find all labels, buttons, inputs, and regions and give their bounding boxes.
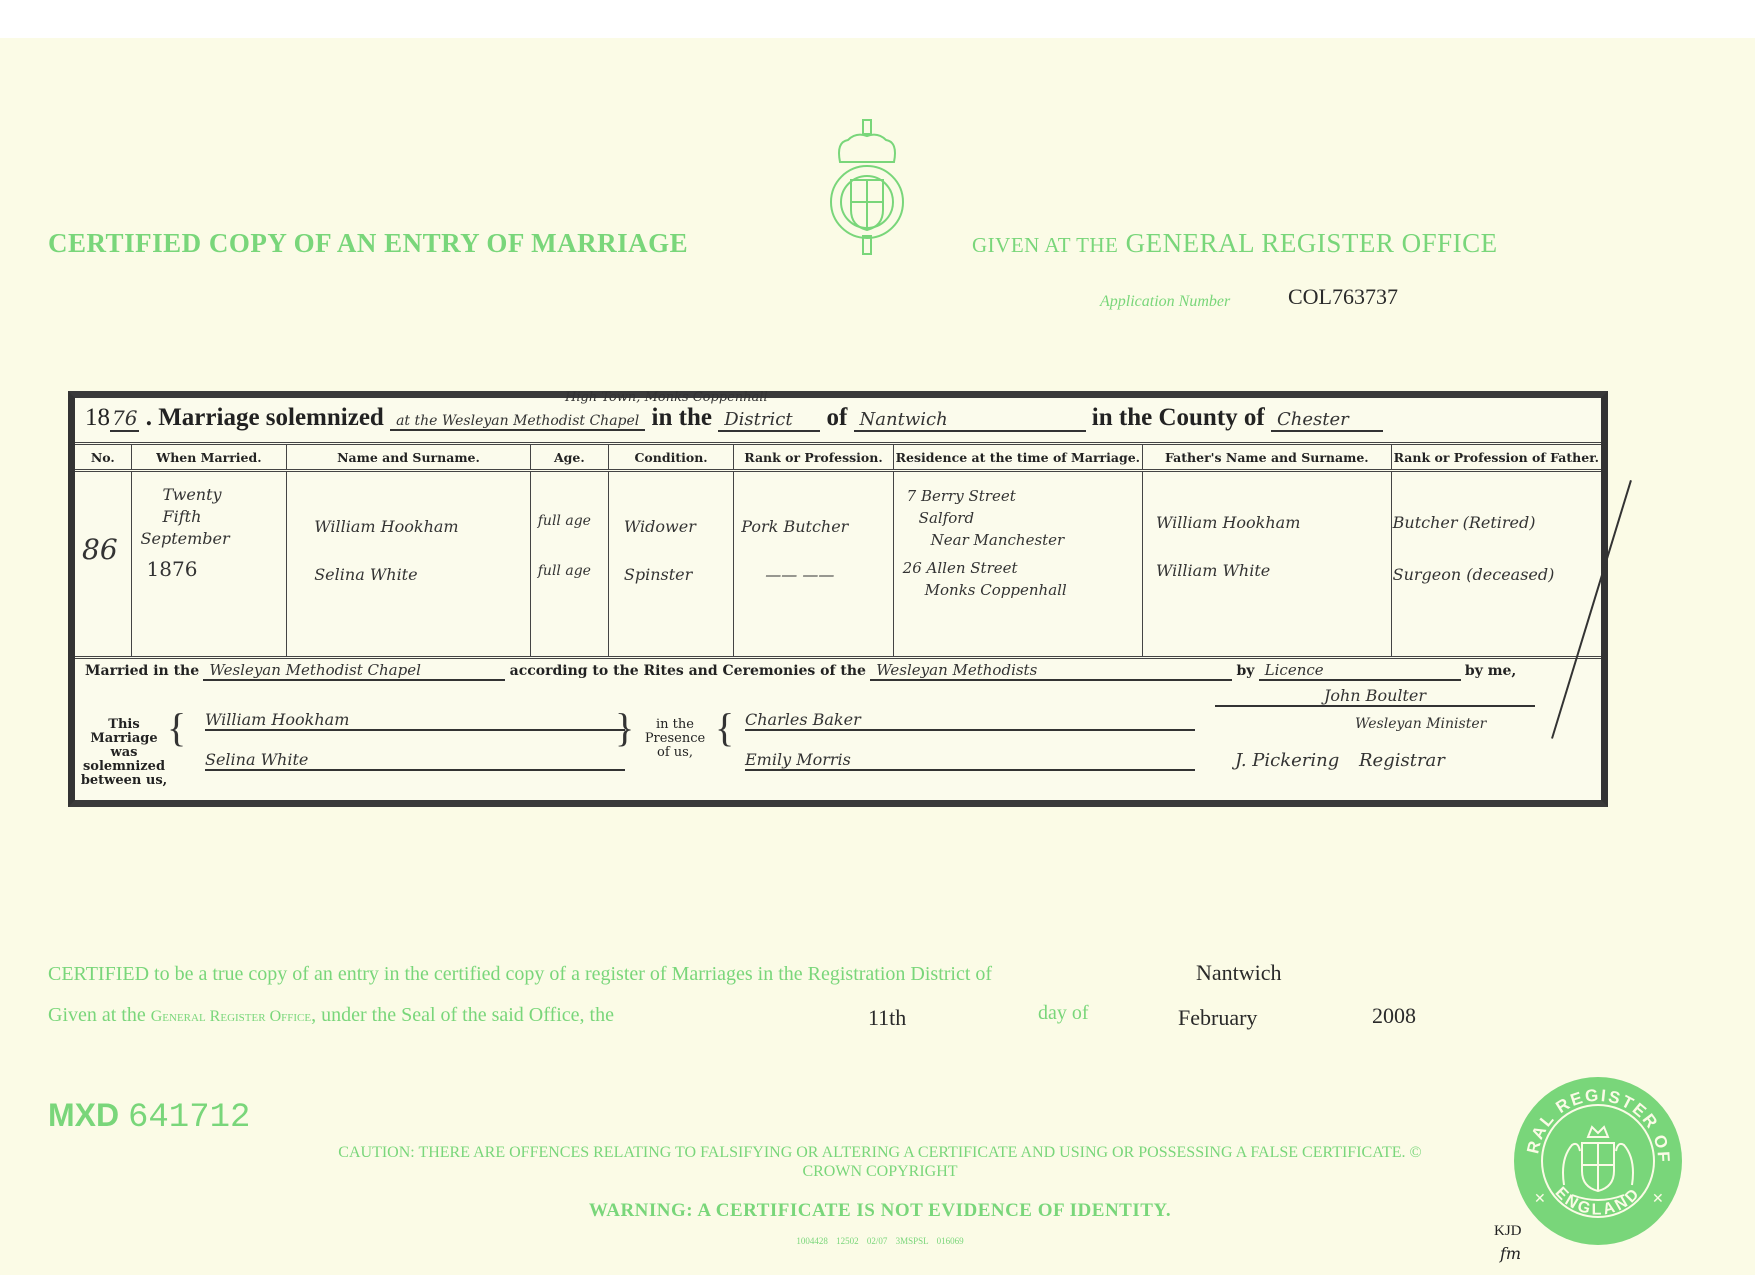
- clerk-signature: fm: [1500, 1244, 1521, 1263]
- svg-text:✕: ✕: [1534, 1190, 1546, 1206]
- residence-cell: 7 Berry Street Salford Near Manchester 2…: [893, 471, 1142, 658]
- office-name: GENERAL REGISTER OFFICE: [1126, 228, 1498, 258]
- svg-text:✕: ✕: [1652, 1190, 1664, 1206]
- right-brace: }: [615, 704, 634, 751]
- serial-code: MXD: [48, 1097, 119, 1133]
- bride-residence-street: 26 Allen Street: [903, 559, 1018, 577]
- date-year: 1876: [147, 557, 198, 581]
- married-in-line: Married in the Wesleyan Methodist Chapel…: [85, 660, 1516, 681]
- registrar-signature: J. Pickering: [1235, 750, 1339, 771]
- print-code: 1004428 12502 02/07 3MSPSL 016069: [330, 1236, 1430, 1246]
- column-header: When Married.: [131, 444, 287, 471]
- officiant-title: Wesleyan Minister: [1355, 716, 1486, 732]
- officiant-signature: John Boulter: [1215, 686, 1535, 707]
- rites-label: according to the Rites and Ceremonies of…: [510, 663, 866, 679]
- witness-1-signature: Charles Baker: [745, 710, 1195, 731]
- entry-number-cell: 86: [75, 471, 131, 658]
- witness-brace: {: [715, 704, 734, 751]
- witness-2-signature: Emily Morris: [745, 750, 1195, 771]
- certification-day: 11th: [868, 1005, 906, 1031]
- groom-father-profession: Butcher (Retired): [1393, 513, 1536, 532]
- by-value: Licence: [1259, 661, 1461, 681]
- label-line: This Marriage: [79, 718, 169, 746]
- marriage-solemnized-label: Marriage solemnized: [158, 404, 384, 431]
- place-annotation: High Town, Monks Coppenhall: [565, 390, 768, 405]
- bride-residence-town: Monks Coppenhall: [925, 581, 1067, 599]
- certification-line-2: Given at the General Register Office, un…: [48, 1004, 614, 1027]
- application-number-label: Application Number: [1100, 293, 1230, 311]
- bride-signature: Selina White: [205, 750, 625, 771]
- year-prefix: 18: [85, 404, 110, 431]
- groom-age: full age: [538, 513, 598, 529]
- column-header: Father's Name and Surname.: [1143, 444, 1392, 471]
- office-text: General Register Office: [151, 1008, 311, 1025]
- married-in-label: Married in the: [85, 663, 199, 679]
- condition-cell: Widower Spinster: [608, 471, 733, 658]
- register-table: No. When Married. Name and Surname. Age.…: [75, 442, 1601, 659]
- register-entry: High Town, Monks Coppenhall 1876 . Marri…: [68, 391, 1608, 807]
- groom-father-name: William Hookham: [1156, 513, 1300, 532]
- column-header: No.: [75, 444, 131, 471]
- bride-condition: Spinster: [624, 565, 692, 584]
- date-ordinal-word: Fifth: [163, 507, 202, 526]
- issuing-office-heading: Given at the GENERAL REGISTER OFFICE: [972, 228, 1498, 259]
- day-of-label: day of: [1038, 1002, 1089, 1025]
- presence-label: in the Presence of us,: [635, 718, 715, 760]
- label-line: Presence: [635, 732, 715, 746]
- certificate-title: CERTIFIED COPY OF AN ENTRY OF MARRIAGE: [48, 228, 688, 259]
- caution-notice: CAUTION: THERE ARE OFFENCES RELATING TO …: [330, 1143, 1430, 1181]
- seal-text: , under the Seal of the said Office, the: [311, 1004, 614, 1026]
- when-married-cell: Twenty Fifth September 1876: [131, 471, 287, 658]
- district-type: District: [718, 409, 820, 432]
- bride-father-profession: Surgeon (deceased): [1393, 565, 1555, 584]
- table-row: 86 Twenty Fifth September 1876 William H…: [75, 471, 1601, 658]
- given-at-text: Given at the: [48, 1004, 146, 1026]
- column-header: Name and Surname.: [287, 444, 531, 471]
- label-line: of us,: [635, 746, 715, 760]
- label-line: in the: [635, 718, 715, 732]
- clerk-initials: KJD: [1494, 1223, 1522, 1240]
- groom-residence-street: 7 Berry Street: [907, 487, 1016, 505]
- bride-age: full age: [538, 563, 598, 579]
- certificate-serial: MXD 641712: [48, 1097, 250, 1137]
- general-register-office-seal-icon: GENERAL REGISTER OFFICE ENGLAND ✕ ✕: [1512, 1075, 1684, 1247]
- registrar-block: J. Pickering Registrar: [1235, 750, 1445, 771]
- label-line: was solemnized: [79, 746, 169, 774]
- age-cell: full age full age: [530, 471, 608, 658]
- groom-profession: Pork Butcher: [741, 517, 848, 536]
- certification-line-1: CERTIFIED to be a true copy of an entry …: [48, 963, 992, 986]
- application-number: COL763737: [1288, 284, 1398, 310]
- county-name: Chester: [1271, 409, 1383, 432]
- in-the-label: in the: [652, 404, 712, 431]
- groom-residence-town: Salford: [919, 509, 974, 527]
- certification-year: 2008: [1372, 1003, 1416, 1029]
- column-header: Residence at the time of Marriage.: [893, 444, 1142, 471]
- profession-cell: Pork Butcher —— ——: [734, 471, 893, 658]
- solemnized-between-label: This Marriage was solemnized between us,: [79, 718, 169, 788]
- date-day-word: Twenty: [163, 485, 222, 504]
- county-label: in the County of: [1092, 404, 1265, 431]
- entry-header-line: 1876 . Marriage solemnized at the Wesley…: [85, 404, 1383, 432]
- bride-name: Selina White: [314, 565, 417, 584]
- label-line: between us,: [79, 774, 169, 788]
- groom-name: William Hookham: [314, 517, 458, 536]
- column-header: Condition.: [608, 444, 733, 471]
- identity-warning: WARNING: A CERTIFICATE IS NOT EVIDENCE O…: [330, 1200, 1430, 1222]
- place-value: at the Wesleyan Methodist Chapel: [390, 413, 645, 431]
- by-label: by: [1236, 663, 1254, 679]
- serial-number: 641712: [128, 1099, 250, 1137]
- column-header: Rank or Profession.: [734, 444, 893, 471]
- column-header: Rank or Profession of Father.: [1391, 444, 1601, 471]
- by-me-label: by me,: [1465, 663, 1516, 679]
- column-header: Age.: [530, 444, 608, 471]
- district-name: Nantwich: [854, 409, 1086, 432]
- certification-district: Nantwich: [1196, 960, 1282, 986]
- groom-residence-area: Near Manchester: [931, 531, 1065, 549]
- royal-crest-icon: [826, 118, 908, 258]
- bride-father-name: William White: [1156, 561, 1270, 580]
- groom-condition: Widower: [624, 517, 696, 536]
- top-margin: [0, 0, 1755, 38]
- of-label: of: [826, 404, 847, 431]
- father-name-cell: William Hookham William White: [1143, 471, 1392, 658]
- left-brace: {: [167, 704, 186, 751]
- certification-month: February: [1178, 1005, 1257, 1031]
- name-cell: William Hookham Selina White: [287, 471, 531, 658]
- groom-signature: William Hookham: [205, 710, 625, 731]
- registrar-title: Registrar: [1359, 750, 1445, 771]
- father-profession-cell: Butcher (Retired) Surgeon (deceased): [1391, 471, 1601, 658]
- year-suffix: 76: [110, 406, 139, 432]
- given-at-label: Given at the: [972, 233, 1118, 257]
- date-month: September: [141, 529, 230, 548]
- bride-profession: —— ——: [765, 565, 834, 584]
- table-header-row: No. When Married. Name and Surname. Age.…: [75, 444, 1601, 471]
- married-in-value: Wesleyan Methodist Chapel: [203, 661, 505, 681]
- rites-value: Wesleyan Methodists: [870, 661, 1232, 681]
- entry-number: 86: [82, 533, 118, 566]
